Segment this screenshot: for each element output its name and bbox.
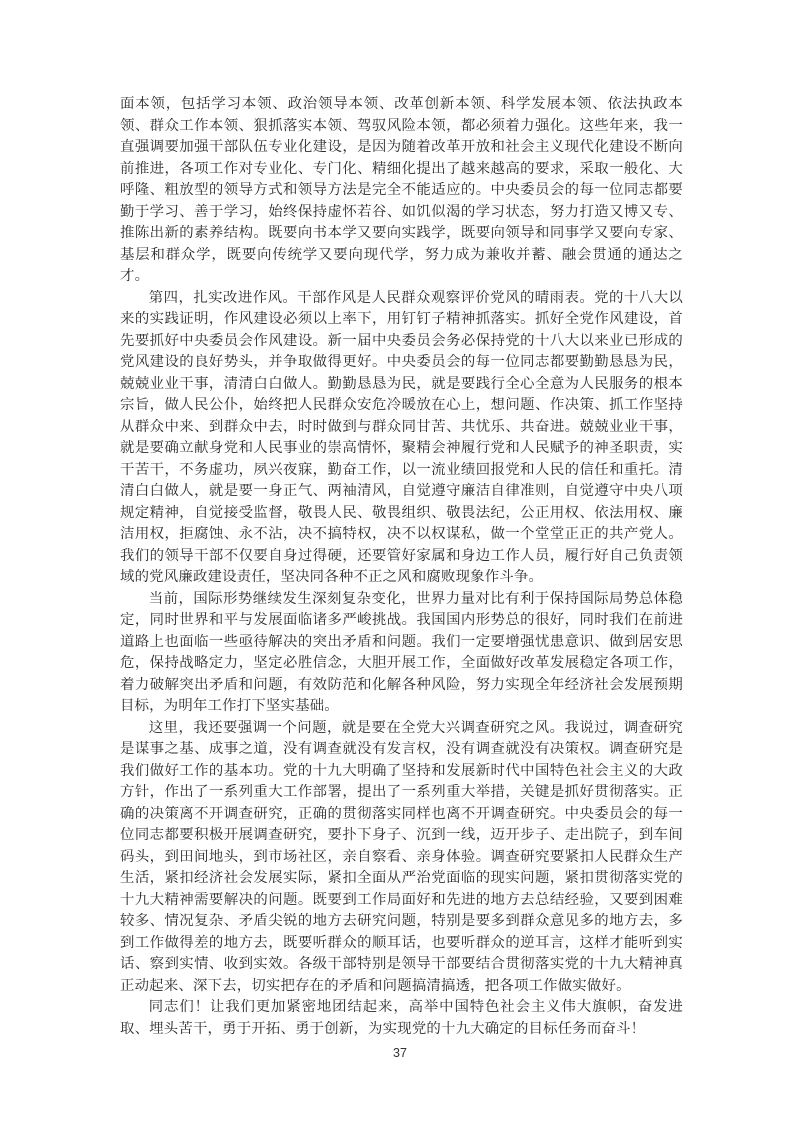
document-page: 面本领，包括学习本领、政治领导本领、改革创新本领、科学发展本领、依法执政本领、群…	[0, 0, 800, 1133]
paragraph: 这里，我还要强调一个问题，就是要在全党大兴调查研究之风。我说过，调查研究是谋事之…	[120, 718, 683, 998]
page-number: 37	[0, 1046, 800, 1060]
paragraph: 面本领，包括学习本领、政治领导本领、改革创新本领、科学发展本领、依法执政本领、群…	[120, 94, 683, 288]
paragraph: 同志们！让我们更加紧密地团结起来，高举中国特色社会主义伟大旗帜，奋发进取、埋头苦…	[120, 997, 683, 1040]
text-block: 面本领，包括学习本领、政治领导本领、改革创新本领、科学发展本领、依法执政本领、群…	[120, 94, 683, 1040]
paragraph: 当前，国际形势继续发生深刻复杂变化，世界力量对比有利于保持国际局势总体稳定，同时…	[120, 589, 683, 718]
paragraph: 第四，扎实改进作风。干部作风是人民群众观察评价党风的晴雨表。党的十八大以来的实践…	[120, 288, 683, 589]
